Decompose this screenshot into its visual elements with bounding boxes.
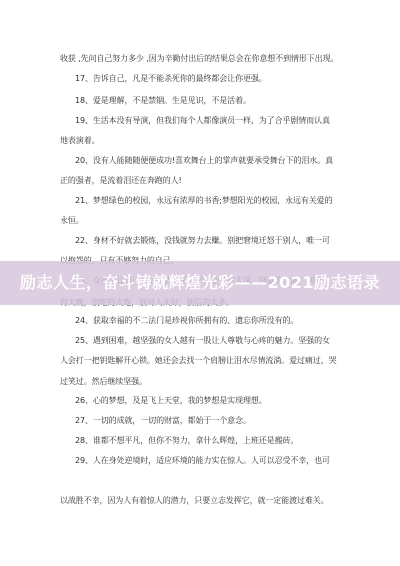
- banner-title: 励志人生，奋斗铸就辉煌光彩——2021励志语录: [0, 273, 400, 293]
- paragraph-line: 28、谁都不想平凡，但你不努力，拿什么辉煌，上班还是搬砖。: [75, 436, 345, 446]
- paragraph-line: 收获 ,先问自己努力多少 ,因为辛勤付出后的结果总会在你意想不到情形下出现。: [60, 54, 345, 64]
- paragraph-line: 26、心的梦想，及是飞上天堂，我的梦想是实现理想。: [75, 396, 345, 406]
- paragraph-line: 25、遇到困难，越坚强的女人越有一股让人尊敬与心疼的魅力。坚强的女: [75, 336, 345, 346]
- paragraph-line: 地表演着。: [60, 136, 345, 146]
- paragraph-line: 永恒。: [60, 216, 345, 226]
- paragraph-line: 20、没有人能随随便便成功!喜欢舞台上的掌声就要承受舞台下的泪水。真: [75, 156, 345, 166]
- paragraph-line: 24、获取幸福的不二法门是珍视你所拥有的、遗忘你所没有的。: [75, 316, 345, 326]
- paragraph-line: 以战胜不幸，因为人有着惊人的潜力，只要立志发挥它，就一定能渡过难关。: [60, 496, 345, 506]
- paragraph-line: 21、梦想绿色的校园，永远有浓厚的书香;梦想阳光的校园，永远有关爱的: [75, 196, 345, 206]
- paragraph-line: 22、身材不好就去锻炼，没钱就努力去赚。别把窘境迁怒于别人，唯一可: [75, 236, 345, 246]
- paragraph-line: 19、生活本没有导演，但我们每个人都像演员一样，为了合乎剧情而认真: [75, 116, 345, 126]
- paragraph-line: 17、告诉自己，凡是不能杀死你的最终都会让你更强。: [75, 74, 345, 84]
- paragraph-line: 正的强者，是流着泪还在奔跑的人!: [60, 176, 345, 186]
- paragraph-line: 29、人在身处逆境时，适应环境的能力实在惊人。人可以忍受不幸，也可: [75, 456, 345, 466]
- paragraph-line: 人会打一把钥匙解开心锁。她还会去找一个肩膀让泪水尽情流淌。爱过痛过，哭: [60, 356, 345, 366]
- paragraph-line: 18、爱是理解，不是禁锢。生是见识，不是活着。: [75, 96, 345, 106]
- paragraph-line: 27、一切的成就，一切的财富，都始于一个意念。: [75, 416, 345, 426]
- paragraph-line: 过笑过。然后继续坚强。: [60, 377, 345, 387]
